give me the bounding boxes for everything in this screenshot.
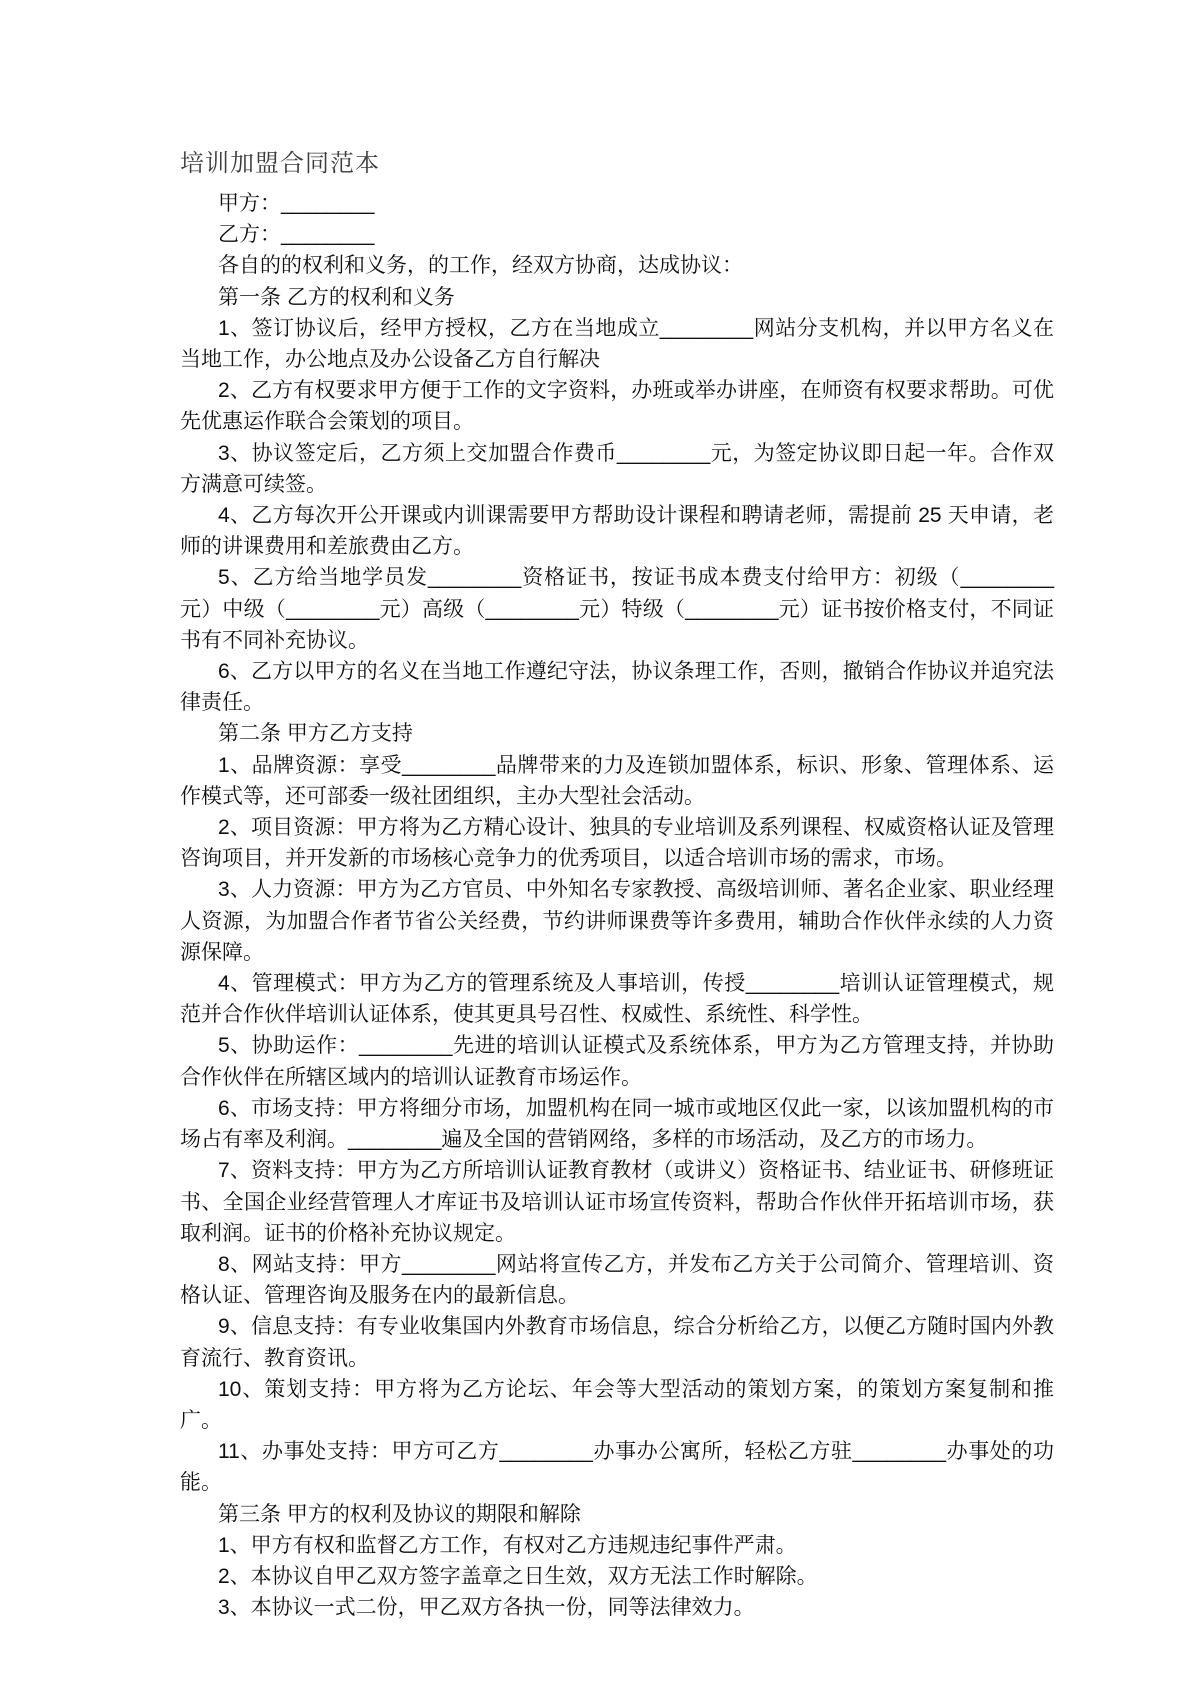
contract-paragraph: 3、协议签定后，乙方须上交加盟合作费币________元，为签定协议即日起一年。… <box>180 438 1054 500</box>
contract-paragraph: 2、乙方有权要求甲方便于工作的文字资料，办班或举办讲座，在师资有权要求帮助。可优… <box>180 375 1054 437</box>
contract-paragraph: 第二条 甲方乙方支持 <box>180 718 1054 749</box>
contract-paragraph: 3、人力资源：甲方为乙方官员、中外知名专家教授、高级培训师、著名企业家、职业经理… <box>180 874 1054 968</box>
document-body: 甲方：________乙方：________各自的的权利和义务，的工作，经双方协… <box>180 188 1054 1623</box>
contract-paragraph: 11、办事处支持：甲方可乙方________办事办公寓所，轻松乙方驻______… <box>180 1436 1054 1498</box>
contract-paragraph: 第三条 甲方的权利及协议的期限和解除 <box>180 1499 1054 1530</box>
contract-paragraph: 3、本协议一式二份，甲乙双方各执一份，同等法律效力。 <box>180 1592 1054 1623</box>
contract-paragraph: 10、策划支持：甲方将为乙方论坛、年会等大型活动的策划方案，的策划方案复制和推广… <box>180 1374 1054 1436</box>
contract-paragraph: 8、网站支持：甲方________网站将宣传乙方，并发布乙方关于公司简介、管理培… <box>180 1249 1054 1311</box>
contract-paragraph: 2、项目资源：甲方将为乙方精心设计、独具的专业培训及系列课程、权威资格认证及管理… <box>180 812 1054 874</box>
contract-paragraph: 第一条 乙方的权利和义务 <box>180 282 1054 313</box>
contract-paragraph: 5、乙方给当地学员发________资格证书，按证书成本费支付给甲方：初级（__… <box>180 562 1054 656</box>
contract-document: 培训加盟合同范本 甲方：________乙方：________各自的的权利和义务… <box>180 146 1054 1623</box>
contract-paragraph: 6、市场支持：甲方将细分市场，加盟机构在同一城市或地区仅此一家，以该加盟机构的市… <box>180 1093 1054 1155</box>
contract-paragraph: 5、协助运作：________先进的培训认证模式及系统体系，甲方为乙方管理支持，… <box>180 1030 1054 1092</box>
document-title: 培训加盟合同范本 <box>180 146 1054 182</box>
contract-paragraph: 4、乙方每次开公开课或内训课需要甲方帮助设计课程和聘请老师，需提前 25 天申请… <box>180 500 1054 562</box>
contract-paragraph: 6、乙方以甲方的名义在当地工作遵纪守法，协议条理工作，否则，撤销合作协议并追究法… <box>180 656 1054 718</box>
contract-paragraph: 甲方：________ <box>180 188 1054 219</box>
document-page: 培训加盟合同范本 甲方：________乙方：________各自的的权利和义务… <box>0 0 1190 1683</box>
contract-paragraph: 7、资料支持：甲方为乙方所培训认证教育教材（或讲义）资格证书、结业证书、研修班证… <box>180 1155 1054 1249</box>
contract-paragraph: 4、管理模式：甲方为乙方的管理系统及人事培训，传授________培训认证管理模… <box>180 968 1054 1030</box>
contract-paragraph: 1、签订协议后，经甲方授权，乙方在当地成立________网站分支机构，并以甲方… <box>180 313 1054 375</box>
contract-paragraph: 乙方：________ <box>180 219 1054 250</box>
contract-paragraph: 1、品牌资源：享受________品牌带来的力及连锁加盟体系，标识、形象、管理体… <box>180 750 1054 812</box>
contract-paragraph: 各自的的权利和义务，的工作，经双方协商，达成协议： <box>180 250 1054 281</box>
contract-paragraph: 1、甲方有权和监督乙方工作，有权对乙方违规违纪事件严肃。 <box>180 1530 1054 1561</box>
contract-paragraph: 9、信息支持：有专业收集国内外教育市场信息，综合分析给乙方，以便乙方随时国内外教… <box>180 1311 1054 1373</box>
contract-paragraph: 2、本协议自甲乙双方签字盖章之日生效，双方无法工作时解除。 <box>180 1561 1054 1592</box>
